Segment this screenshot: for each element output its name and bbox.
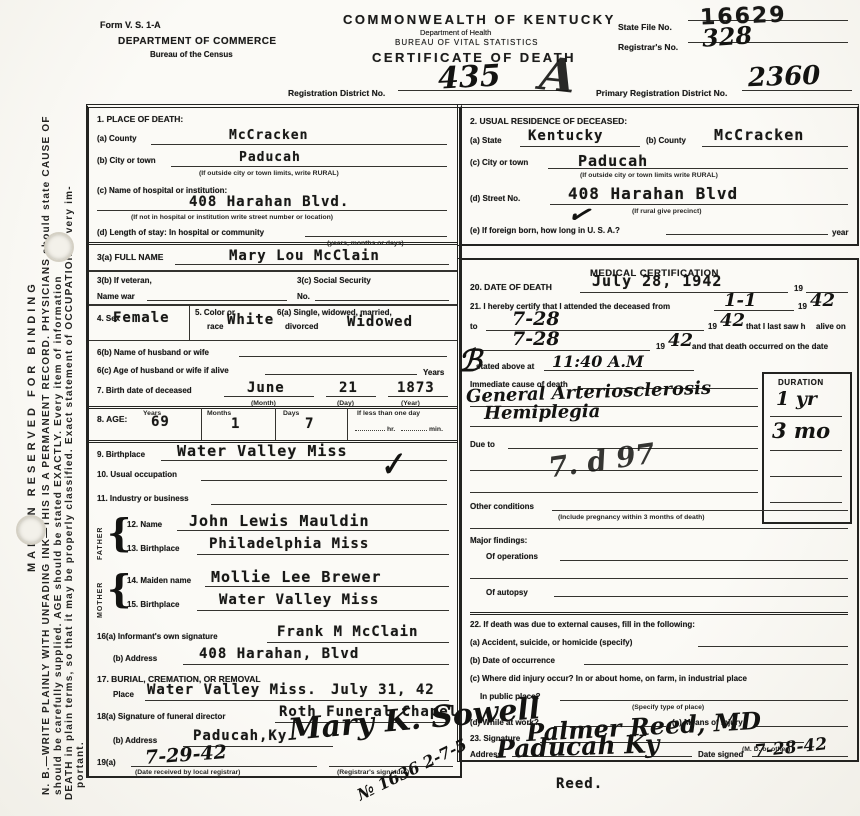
form-number: Form V. S. 1-A xyxy=(100,20,161,31)
funeral-address-label: (b) Address xyxy=(113,736,157,746)
duration-box: DURATION 1 yr 3 mo xyxy=(762,372,852,524)
registrar-number-value: 328 xyxy=(701,20,753,52)
residence-title: 2. USUAL RESIDENCE OF DECEASED: xyxy=(470,116,627,126)
spouse-age-years-label: Years xyxy=(423,368,444,378)
ssn-no-label: No. xyxy=(297,292,310,302)
department-of-commerce: DEPARTMENT OF COMMERCE xyxy=(118,36,277,48)
race-label2: race xyxy=(207,322,223,332)
full-name-value: Mary Lou McClain xyxy=(229,248,380,264)
from-year-prefix: 19 xyxy=(798,302,807,312)
residence-county-value: McCracken xyxy=(714,126,804,144)
duration-label: DURATION xyxy=(778,378,824,388)
certify-line3: and that death occurred on the date xyxy=(692,342,828,352)
funeral-director-label: 18(a) Signature of funeral director xyxy=(97,712,225,722)
age-hr-label: hr. xyxy=(387,426,395,433)
received-label: 19(a) xyxy=(97,758,116,768)
residence-state-label: (a) State xyxy=(470,136,502,146)
informant-address-value: 408 Harahan, Blvd xyxy=(199,646,359,662)
attended-to-year: 42 xyxy=(720,310,745,331)
attended-from-value: 1-1 xyxy=(724,290,757,311)
to-year-prefix: 19 xyxy=(708,322,717,332)
state-file-label: State File No. xyxy=(618,22,672,32)
physician-typed-name: Reed. xyxy=(556,776,603,792)
date-of-death-label: 20. DATE OF DEATH xyxy=(470,282,552,292)
hospital-value: 408 Harahan Blvd. xyxy=(189,194,349,210)
certify-line4: stated above at xyxy=(476,362,534,372)
other-conditions-note: (Include pregnancy within 3 months of de… xyxy=(558,514,705,521)
veteran-war-label: Name war xyxy=(97,292,135,302)
foreign-born-year-label: year xyxy=(832,228,848,238)
informant-address-label: (b) Address xyxy=(113,654,157,664)
certify-line2: that I last saw h xyxy=(746,322,806,332)
district-handwritten-mark: A xyxy=(537,46,578,103)
sex-value: Female xyxy=(113,310,170,326)
residence-street-label: (d) Street No. xyxy=(470,194,520,204)
mother-name-value: Mollie Lee Brewer xyxy=(211,568,382,586)
date-of-death-value: July 28, 1942 xyxy=(592,272,722,290)
marital-value: Widowed xyxy=(347,314,413,330)
due-to-scrawl: 7. d 97 xyxy=(546,437,657,485)
foreign-born-label: (e) If foreign born, how long in U. S. A… xyxy=(470,226,620,236)
duration-value-1: 1 yr xyxy=(776,388,817,410)
death-time-value: 11:40 A.M xyxy=(552,352,644,371)
certify-line2b: alive on xyxy=(816,322,846,332)
residence-box: 2. USUAL RESIDENCE OF DECEASED: (a) Stat… xyxy=(457,104,859,246)
registrar-number-label: Registrar's No. xyxy=(618,42,678,52)
father-birthplace-label: 13. Birthplace xyxy=(127,544,179,554)
birth-month-value: June xyxy=(247,380,285,396)
operations-label: Of operations xyxy=(486,552,538,562)
birthplace-label: 9. Birthplace xyxy=(97,450,145,460)
mother-section-label: MOTHER xyxy=(97,582,104,618)
birthplace-value: Water Valley Miss xyxy=(177,442,348,460)
mother-birthplace-label: 15. Birthplace xyxy=(127,600,179,610)
cause-of-death-line2: Hemiplegia xyxy=(484,401,601,424)
attended-to-value: 7-28 xyxy=(512,308,560,330)
industry-label: 11. Industry or business xyxy=(97,494,189,504)
occupation-label: 10. Usual occupation xyxy=(97,470,177,480)
residence-county-label: (b) County xyxy=(646,136,686,146)
due-to-label: Due to xyxy=(470,440,495,450)
age-label: 8. AGE: xyxy=(97,414,127,424)
major-findings-label: Major findings: xyxy=(470,536,527,546)
primary-district-label: Primary Registration District No. xyxy=(596,88,727,98)
to-label: to xyxy=(470,322,478,332)
length-of-stay-label: (d) Length of stay: In hospital or commu… xyxy=(97,228,264,238)
age-days-label: Days xyxy=(283,410,299,417)
physician-address-value: Paducah Ky xyxy=(496,729,660,764)
age-less-than-day-label: If less than one day xyxy=(357,410,420,417)
death-certificate-scan: MARGIN RESERVED FOR BINDING N. B.—WRITE … xyxy=(0,0,860,816)
department-of-health: Department of Health xyxy=(420,28,491,37)
burial-place-label: Place xyxy=(113,690,134,700)
father-name-value: John Lewis Mauldin xyxy=(189,512,370,530)
column-divider xyxy=(457,240,463,258)
external-a-label: (a) Accident, suicide, or homicide (spec… xyxy=(470,638,632,648)
age-months-label: Months xyxy=(207,410,231,417)
residence-city-value: Paducah xyxy=(578,152,648,170)
duration-value-2: 3 mo xyxy=(772,418,830,443)
hospital-note: (If not in hospital or institution write… xyxy=(131,214,333,221)
age-days-value: 7 xyxy=(305,416,314,432)
date-signed-label: Date signed xyxy=(698,750,743,760)
external-b-label: (b) Date of occurrence xyxy=(470,656,555,666)
certify-line1: 21. I hereby certify that I attended the… xyxy=(470,302,670,312)
residence-street-value: 408 Harahan Blvd xyxy=(568,184,738,203)
margin-note-line1: N. B.—WRITE PLAINLY WITH UNFADING INK—TH… xyxy=(41,115,52,795)
ssn-label: 3(c) Social Security xyxy=(297,276,371,286)
received-date-value: 7-29-42 xyxy=(144,741,227,769)
spouse-name-label: 6(b) Name of husband or wife xyxy=(97,348,209,358)
last-saw-year: 42 xyxy=(668,330,693,351)
county-of-death-label: (a) County xyxy=(97,134,137,144)
age-years-value: 69 xyxy=(151,414,170,430)
father-section-label: FATHER xyxy=(97,527,104,560)
attended-from-year: 42 xyxy=(810,290,835,311)
external-causes-title: 22. If death was due to external causes,… xyxy=(470,620,695,630)
place-of-death-title: 1. PLACE OF DEATH: xyxy=(97,114,183,124)
left-column-box: 1. PLACE OF DEATH: (a) County McCracken … xyxy=(86,104,462,778)
date-signed-value: 7-28-42 xyxy=(753,734,828,762)
county-of-death-value: McCracken xyxy=(229,128,308,143)
commonwealth-title: COMMONWEALTH OF KENTUCKY xyxy=(343,12,616,28)
bureau-vital-statistics: BUREAU OF VITAL STATISTICS xyxy=(395,38,539,48)
hole-punch-bottom xyxy=(16,515,46,545)
full-name-label: 3(a) FULL NAME xyxy=(97,252,163,262)
external-c-label: (c) Where did injury occur? In or about … xyxy=(470,674,747,684)
marital-label2: divorced xyxy=(285,322,318,332)
spouse-age-label: 6(c) Age of husband or wife if alive xyxy=(97,366,229,376)
residence-city-note: (If outside city or town limits write RU… xyxy=(580,172,718,179)
other-conditions-label: Other conditions xyxy=(470,502,534,512)
dod-year-prefix: 19 xyxy=(794,284,803,294)
margin-note-line4: portant. xyxy=(75,741,86,788)
race-value: White xyxy=(227,312,274,328)
burial-date-value: July 31, 42 xyxy=(331,682,435,698)
margin-note-line3: DEATH in plain terms, so that it may be … xyxy=(64,185,75,800)
medical-box: MEDICAL CERTIFICATION 20. DATE OF DEATH … xyxy=(457,258,859,762)
margin-note-line2: should be carefully supplied. AGE should… xyxy=(53,275,64,795)
city-of-death-value: Paducah xyxy=(239,150,301,165)
saw-year-prefix: 19 xyxy=(656,342,665,352)
age-months-value: 1 xyxy=(231,416,240,432)
informant-signature-label: 16(a) Informant's own signature xyxy=(97,632,218,642)
birth-year-value: 1873 xyxy=(397,380,435,396)
received-note: (Date received by local registrar) xyxy=(135,769,240,776)
primary-district-number: 2360 xyxy=(747,61,820,94)
bureau-of-census: Bureau of the Census xyxy=(150,50,233,60)
residence-street-note: (If rural give precinct) xyxy=(632,208,702,215)
autopsy-label: Of autopsy xyxy=(486,588,528,598)
father-birthplace-value: Philadelphia Miss xyxy=(209,536,369,552)
mother-name-label: 14. Maiden name xyxy=(127,576,191,586)
residence-city-label: (c) City or town xyxy=(470,158,528,168)
registration-district-label: Registration District No. xyxy=(288,88,385,98)
registration-district-number: 435 xyxy=(437,58,501,96)
birthdate-label: 7. Birth date of deceased xyxy=(97,386,192,396)
father-name-label: 12. Name xyxy=(127,520,162,530)
hole-punch-top xyxy=(44,232,74,262)
informant-signature-value: Frank M McClain xyxy=(277,624,418,640)
burial-place-value: Water Valley Miss. xyxy=(147,682,317,698)
city-of-death-note: (If outside city or town limits, write R… xyxy=(199,170,339,177)
mother-birthplace-value: Water Valley Miss xyxy=(219,592,379,608)
last-saw-value: 7-28 xyxy=(512,328,560,350)
city-of-death-label: (b) City or town xyxy=(97,156,156,166)
age-min-label: min. xyxy=(429,426,443,433)
veteran-label: 3(b) If veteran, xyxy=(97,276,152,286)
birth-day-value: 21 xyxy=(339,380,358,396)
residence-state-value: Kentucky xyxy=(528,128,603,144)
